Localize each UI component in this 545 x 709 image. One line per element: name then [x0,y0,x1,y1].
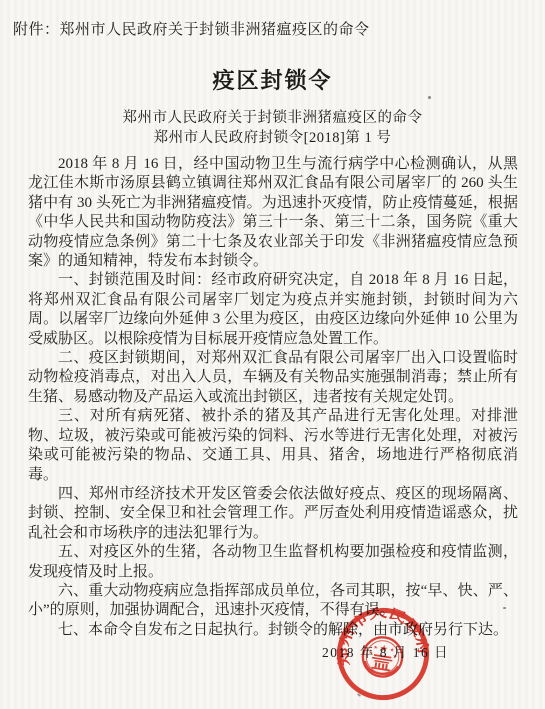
paragraph-item-6: 六、重大动物疫病应急指挥部成员单位，各司其职，按“早、快、严、小”的原则，加强协… [28,582,518,621]
svg-text:★: ★ [373,645,379,652]
document-page: 附件：郑州市人民政府关于封锁非洲猪瘟疫区的命令 疫区封锁令 郑州市人民政府关于封… [0,0,545,709]
scan-speck [428,96,431,99]
paragraph-item-2: 二、疫区封锁期间，对郑州双汇食品有限公司屠宰厂出入口设置临时动物检疫消毒点，对出… [28,349,518,407]
subtitle-line-2: 郑州市人民政府封锁令[2018]第 1 号 [0,129,545,149]
paragraph-item-5: 五、对疫区外的生猪，各动物卫生监督机构要加强检疫和疫情监测，发现疫情及时上报。 [28,543,518,582]
paragraph-item-4: 四、郑州市经济技术开发区管委会依法做好疫点、疫区的现场隔离、封锁、控制、安全保卫… [28,485,518,543]
svg-text:★: ★ [368,650,374,657]
government-seal-icon: 郑州市人民政府 ★ ★ ★ ★ ★ [327,598,439,709]
document-body: 2018 年 8 月 16 日，经中国动物卫生与流行病学中心检测确认，从黑龙江佳… [28,155,518,640]
subtitle-line-1: 郑州市人民政府关于封锁非洲猪瘟疫区的命令 [0,109,545,129]
svg-text:★: ★ [389,647,395,654]
national-emblem-icon: ★ ★ ★ ★ ★ [360,634,405,679]
paragraph-item-7: 七、本命令自发布之日起执行。封锁令的解除，由市政府另行下达。 [28,621,518,640]
svg-text:★: ★ [379,644,389,655]
svg-text:★: ★ [392,654,398,661]
document-title: 疫区封锁令 [0,64,545,95]
attachment-label: 附件：郑州市人民政府关于封锁非洲猪瘟疫区的命令 [13,18,370,39]
scan-speck [503,607,506,609]
paragraph-item-1: 一、封锁范围及时间：经市政府研究决定，自 2018 年 8 月 16 日起，将郑… [28,271,518,349]
document-subtitle: 郑州市人民政府关于封锁非洲猪瘟疫区的命令 郑州市人民政府封锁令[2018]第 1… [0,109,545,148]
paragraph-intro: 2018 年 8 月 16 日，经中国动物卫生与流行病学中心检测确认，从黑龙江佳… [28,155,518,271]
paragraph-item-3: 三、对所有病死猪、被扑杀的猪及其产品进行无害化处理。对排泄物、垃圾，被污染或可能… [28,407,518,485]
